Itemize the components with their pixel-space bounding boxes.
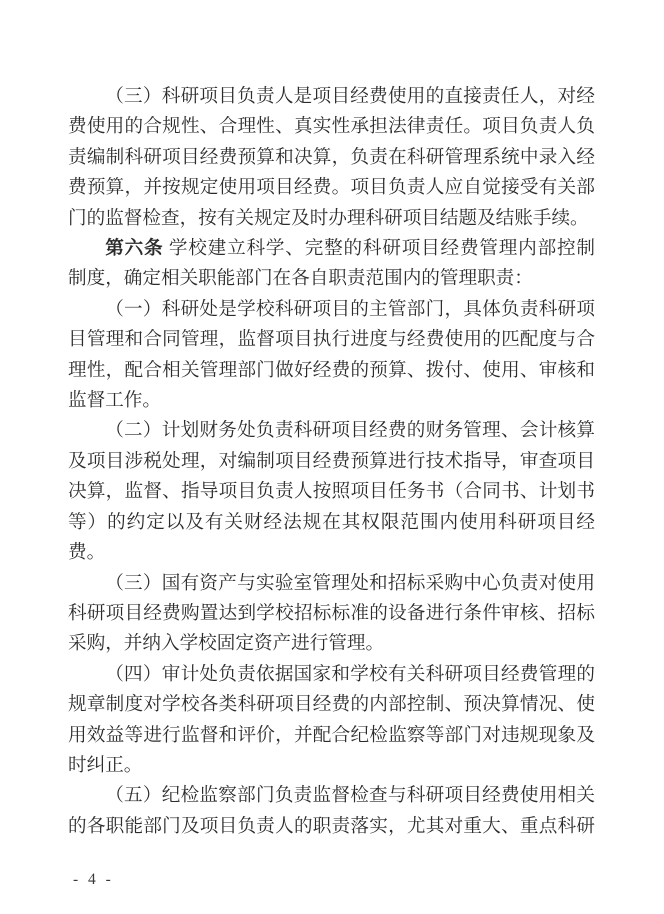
document-page: （三）科研项目负责人是项目经费使用的直接责任人，对经 费使用的合规性、合理性、真… (0, 0, 664, 914)
paragraph-item-4-audit-office: （四）审计处负责依据国家和学校有关科研项目经费管理的 规章制度对学校各类科研项目… (68, 660, 595, 782)
text-line: （五）纪检监察部门负责监督检查与科研项目经费使用相关 (68, 781, 595, 811)
text-line: 监督工作。 (68, 386, 595, 416)
text-line: 费。 (68, 538, 595, 568)
text-line: 费预算，并按规定使用项目经费。项目负责人应自觉接受有关部 (68, 173, 595, 203)
text-line: （四）审计处负责依据国家和学校有关科研项目经费管理的 (68, 660, 595, 690)
paragraph-item-2-finance-office: （二）计划财务处负责科研项目经费的财务管理、会计核算 及项目涉税处理，对编制项目… (68, 416, 595, 568)
text-line: 费使用的合规性、合理性、真实性承担法律责任。项目负责人负 (68, 112, 595, 142)
text-line: 决算，监督、指导项目负责人按照项目任务书（合同书、计划书 (68, 477, 595, 507)
paragraph-article-6: 第六条 学校建立科学、完整的科研项目经费管理内部控制 制度，确定相关职能部门在各… (68, 234, 595, 295)
text-line: 第六条 学校建立科学、完整的科研项目经费管理内部控制 (68, 234, 595, 264)
paragraph-item-5-discipline-inspection: （五）纪检监察部门负责监督检查与科研项目经费使用相关 的各职能部门及项目负责人的… (68, 781, 595, 842)
text-line: 及项目涉税处理，对编制项目经费预算进行技术指导，审查项目 (68, 447, 595, 477)
text-line: 目管理和合同管理，监督项目执行进度与经费使用的匹配度与合 (68, 325, 595, 355)
text-line: 用效益等进行监督和评价，并配合纪检监察等部门对违规现象及 (68, 721, 595, 751)
text-line: 门的监督检查，按有关规定及时办理科研项目结题及结账手续。 (68, 204, 595, 234)
text-line: （三）科研项目负责人是项目经费使用的直接责任人，对经 (68, 82, 595, 112)
paragraph-item-1-research-office: （一）科研处是学校科研项目的主管部门，具体负责科研项 目管理和合同管理，监督项目… (68, 295, 595, 417)
text-line: 规章制度对学校各类科研项目经费的内部控制、预决算情况、使 (68, 690, 595, 720)
article-body-text: 学校建立科学、完整的科研项目经费管理内部控制 (169, 238, 595, 259)
document-text-block: （三）科研项目负责人是项目经费使用的直接责任人，对经 费使用的合规性、合理性、真… (68, 82, 595, 842)
text-line: 理性，配合相关管理部门做好经费的预算、拨付、使用、审核和 (68, 356, 595, 386)
text-line: 等）的约定以及有关财经法规在其权限范围内使用科研项目经 (68, 508, 595, 538)
paragraph-clause-3-project-leader: （三）科研项目负责人是项目经费使用的直接责任人，对经 费使用的合规性、合理性、真… (68, 82, 595, 234)
text-line: 制度，确定相关职能部门在各自职责范围内的管理职责： (68, 264, 595, 294)
text-line: 的各职能部门及项目负责人的职责落实，尤其对重大、重点科研 (68, 812, 595, 842)
text-line: （二）计划财务处负责科研项目经费的财务管理、会计核算 (68, 416, 595, 446)
paragraph-item-3-assets-office: （三）国有资产与实验室管理处和招标采购中心负责对使用 科研项目经费购置达到学校招… (68, 569, 595, 660)
text-line: 时纠正。 (68, 751, 595, 781)
text-line: 采购，并纳入学校固定资产进行管理。 (68, 629, 595, 659)
text-line: 科研项目经费购置达到学校招标标准的设备进行条件审核、招标 (68, 599, 595, 629)
page-number: - 4 - (73, 870, 114, 890)
text-line: （三）国有资产与实验室管理处和招标采购中心负责对使用 (68, 569, 595, 599)
text-line: 责编制科研项目经费预算和决算，负责在科研管理系统中录入经 (68, 143, 595, 173)
text-line: （一）科研处是学校科研项目的主管部门，具体负责科研项 (68, 295, 595, 325)
article-number-label: 第六条 (105, 238, 163, 259)
